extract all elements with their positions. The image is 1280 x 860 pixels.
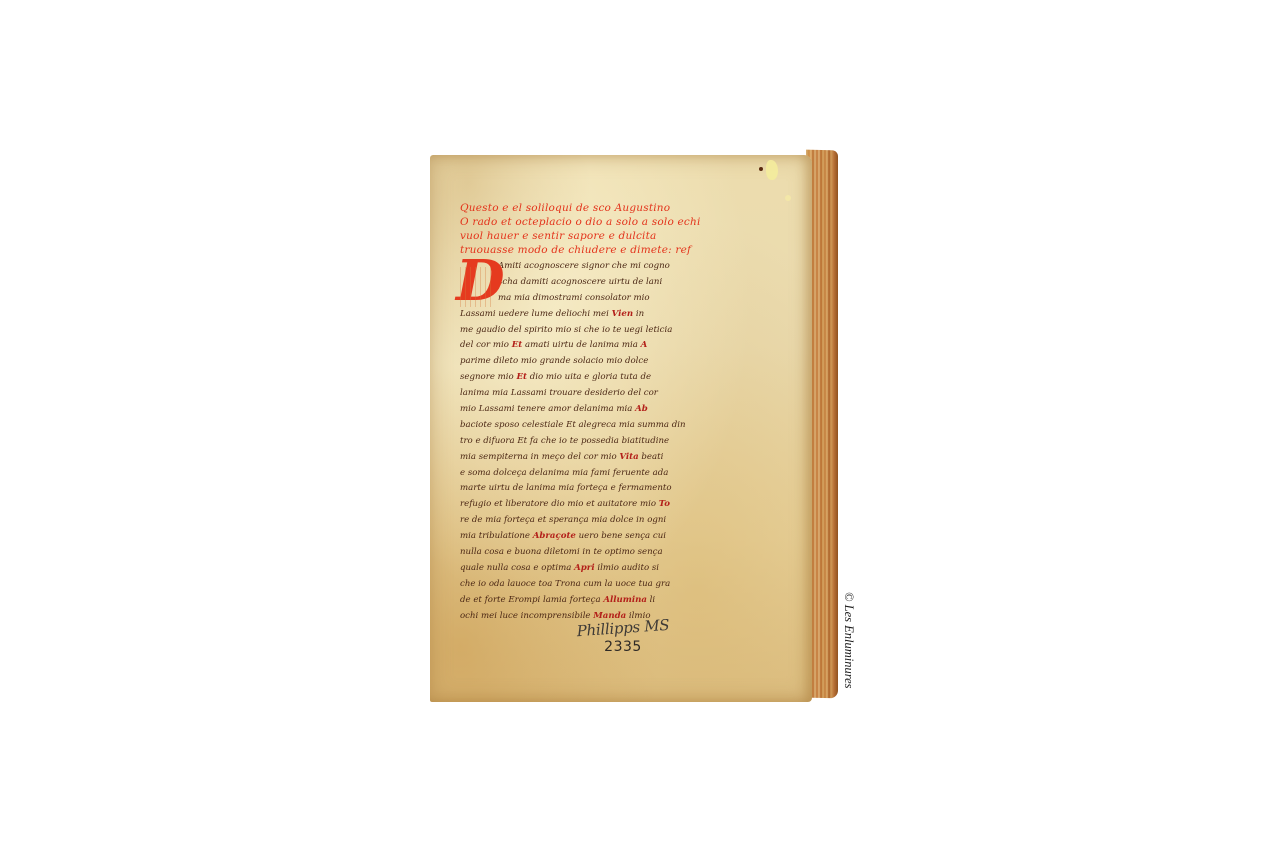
text-line: segnore mio Et dio mio uita e gloria tut…	[460, 370, 716, 386]
manuscript-viewer: Questo e el soliloqui de sco Augustino O…	[0, 0, 1280, 860]
text-line: mia tribulatione Abraçote uero bene senç…	[460, 529, 716, 545]
rubricated-word: Et	[516, 372, 527, 382]
text-line: e soma dolceça delanima mia fami feruent…	[460, 466, 716, 482]
copyright-credit: © Les Enluminures	[840, 592, 858, 702]
rubric-line: vuol hauer e sentir sapore e dulcita	[460, 229, 716, 243]
rubricated-word: To	[659, 499, 670, 509]
manuscript-leaf: Questo e el soliloqui de sco Augustino O…	[430, 155, 812, 702]
rubricated-word: Vita	[619, 452, 638, 462]
text-line: che io oda lauoce toa Trona cum la uoce …	[460, 577, 716, 593]
parchment-stain	[766, 160, 778, 180]
rubricated-word: Ab	[635, 404, 648, 414]
rubricated-word: Allumina	[603, 595, 647, 605]
rubricated-word: Abraçote	[533, 531, 576, 541]
rubricated-word: Apri	[574, 563, 594, 573]
shelfmark-signature: Phillipps MS	[568, 615, 679, 641]
text-line: baciote sposo celestiale Et alegreca mia…	[460, 418, 716, 434]
text-line: mio Lassami tenere amor delanima mia Ab	[460, 402, 716, 418]
text-line: parime dileto mio grande solacio mio dol…	[460, 354, 716, 370]
rubricated-word: Vien	[612, 309, 634, 319]
rubric-line: O rado et octeplacio o dio a solo a solo…	[460, 215, 716, 229]
text-block: Questo e el soliloqui de sco Augustino O…	[460, 201, 716, 624]
text-line: mia sempiterna in meço del cor mio Vita …	[460, 450, 716, 466]
text-line: marte uirtu de lanima mia forteça e ferm…	[460, 481, 716, 497]
shelfmark-number: 2335	[568, 639, 678, 655]
text-line: del cor mio Et amati uirtu de lanima mia…	[460, 338, 716, 354]
parchment-spot	[759, 167, 763, 171]
decorated-initial: D	[456, 253, 496, 311]
text-line: tro e difuora Et fa che io te possedia b…	[460, 434, 716, 450]
text-line: quale nulla cosa e optima Apri ilmio aud…	[460, 561, 716, 577]
text-line: refugio et liberatore dio mio et auitato…	[460, 497, 716, 513]
shelfmark: Phillipps MS 2335	[568, 619, 678, 655]
body-text: D Amiti acognoscere signor che mi cogno …	[460, 259, 716, 624]
text-line: me gaudio del spirito mio si che io te u…	[460, 323, 716, 339]
rubric-line: Questo e el soliloqui de sco Augustino	[460, 201, 716, 215]
text-line: nulla cosa e buona diletomi in te optimo…	[460, 545, 716, 561]
text-line: de et forte Erompi lamia forteça Allumin…	[460, 593, 716, 609]
initial-letter: D	[456, 248, 505, 314]
text-line: re de mia forteça et sperança mia dolce …	[460, 513, 716, 529]
parchment-stain	[785, 195, 791, 201]
rubricated-word: Et	[512, 340, 523, 350]
rubricated-word: A	[641, 340, 648, 350]
copyright-text: © Les Enluminures	[841, 592, 856, 689]
text-line: lanima mia Lassami trouare desiderio del…	[460, 386, 716, 402]
